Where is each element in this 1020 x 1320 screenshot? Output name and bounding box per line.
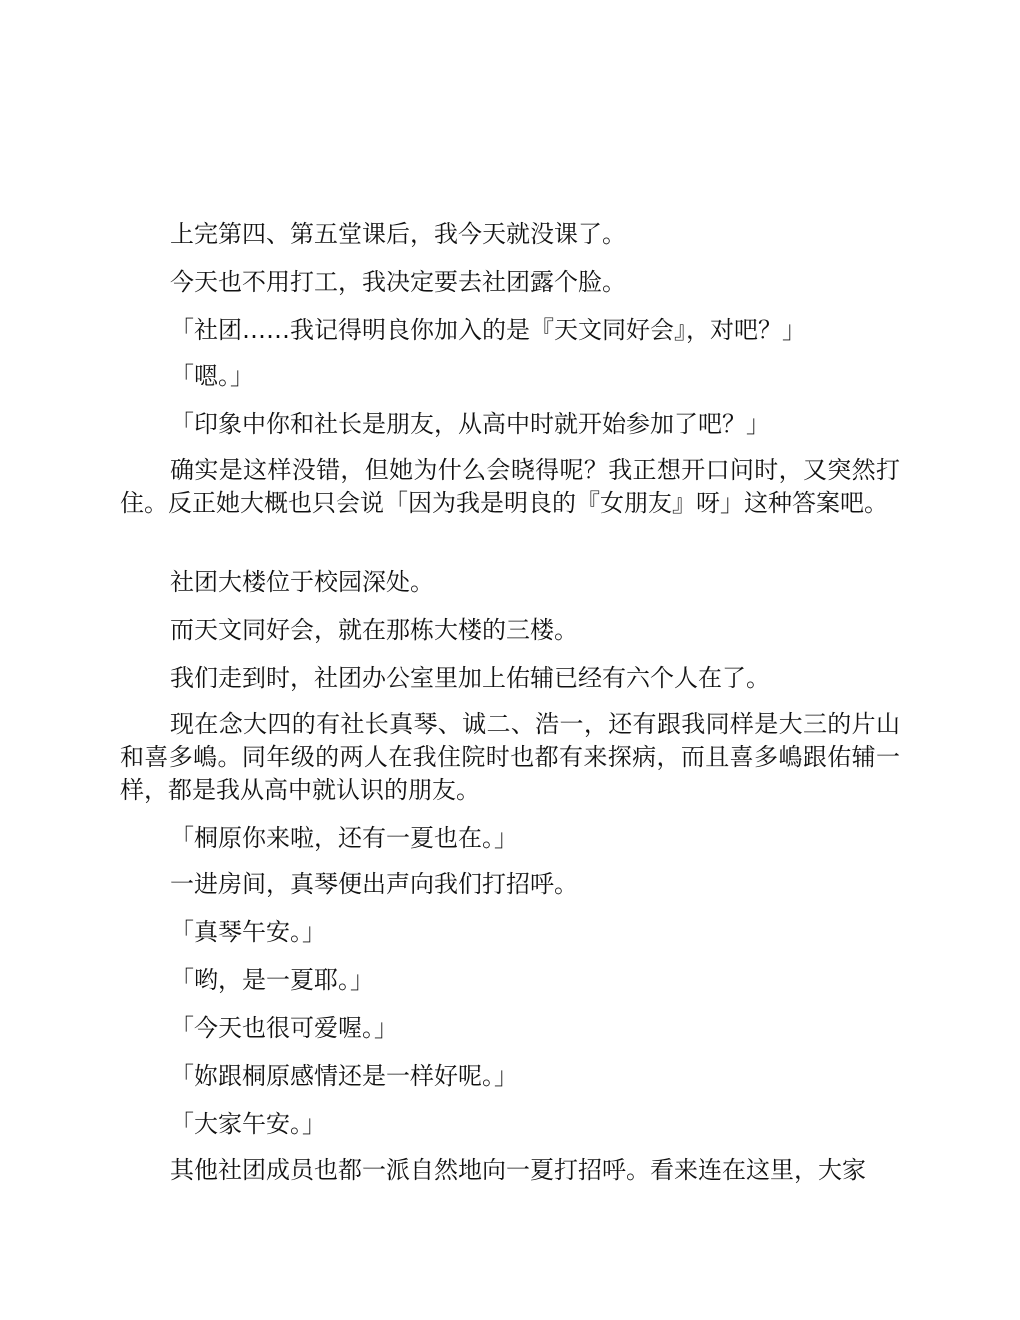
paragraph: 而天文同好会，就在那栋大楼的三楼。 [170, 614, 578, 646]
paragraph: 确实是这样没错，但她为什么会晓得呢？我正想开口问时，又突然打住。反正她大概也只会… [120, 454, 900, 520]
dialogue-line: 「妳跟桐原感情还是一样好呢。」 [170, 1060, 518, 1092]
paragraph: 今天也不用打工，我决定要去社团露个脸。 [170, 266, 626, 298]
paragraph: 其他社团成员也都一派自然地向一夏打招呼。看来连在这里，大家 [170, 1154, 866, 1186]
paragraph: 现在念大四的有社长真琴、诚二、浩一，还有跟我同样是大三的片山和喜多嶋。同年级的两… [120, 708, 900, 807]
paragraph: 我们走到时，社团办公室里加上佑辅已经有六个人在了。 [170, 662, 770, 694]
dialogue-line: 「大家午安。」 [170, 1108, 326, 1140]
dialogue-line: 「真琴午安。」 [170, 916, 326, 948]
dialogue-line: 「印象中你和社长是朋友，从高中时就开始参加了吧？」 [170, 408, 770, 440]
dialogue-line: 「嗯。」 [170, 360, 254, 392]
dialogue-line: 「今天也很可爱喔。」 [170, 1012, 398, 1044]
paragraph: 一进房间，真琴便出声向我们打招呼。 [170, 868, 578, 900]
dialogue-line: 「哟，是一夏耶。」 [170, 964, 374, 996]
document-page: 上完第四、第五堂课后，我今天就没课了。 今天也不用打工，我决定要去社团露个脸。 … [0, 0, 1020, 1320]
paragraph: 社团大楼位于校园深处。 [170, 566, 434, 598]
dialogue-line: 「社团……我记得明良你加入的是『天文同好会』，对吧？」 [170, 314, 806, 346]
paragraph: 上完第四、第五堂课后，我今天就没课了。 [170, 218, 626, 250]
dialogue-line: 「桐原你来啦，还有一夏也在。」 [170, 822, 518, 854]
